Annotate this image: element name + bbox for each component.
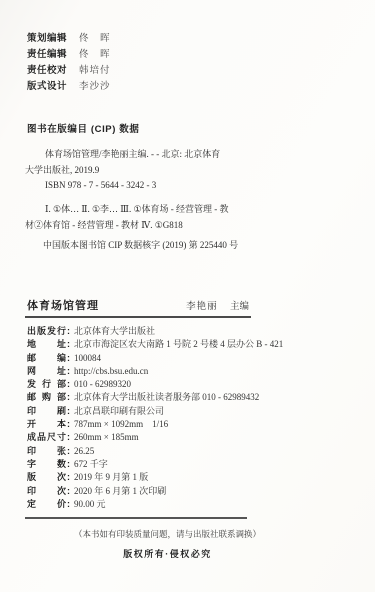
pub-label: 邮购部: [27, 390, 66, 403]
pub-label: 开本: [27, 417, 66, 430]
title-bar: 体育场馆管理 李艳丽 主编: [27, 297, 249, 313]
pub-row-website: 网址: http://cbs.bsu.edu.cn: [27, 364, 347, 377]
pub-label: 网址: [27, 364, 66, 377]
pub-colon: :: [67, 472, 70, 482]
book-title: 体育场馆管理: [27, 297, 99, 313]
cip-isbn: ISBN 978 - 7 - 5644 - 3242 - 3: [25, 178, 261, 194]
credit-row: 责任编辑 佟 晖: [27, 46, 111, 62]
pub-row-printing: 印次: 2020 年 6 月第 1 次印刷: [27, 484, 347, 497]
pub-value: 北京体育大学出版社: [74, 324, 155, 337]
pub-row-printer: 印刷: 北京昌联印刷有限公司: [27, 404, 347, 417]
pub-colon: :: [67, 406, 70, 416]
pub-colon: :: [67, 432, 70, 442]
pub-row-format: 开本: 787mm × 1092mm 1/16: [27, 417, 347, 430]
copyright-page: 策划编辑 佟 晖 责任编辑 佟 晖 责任校对 韩培付 版式设计 李沙沙 图书在版…: [0, 0, 375, 592]
pub-row-price: 定价: 90.00 元: [27, 497, 347, 510]
pub-row-postcode: 邮编: 100084: [27, 351, 347, 364]
cip-class-line: Ⅰ. ①体… Ⅱ. ①李… Ⅲ. ①体育场 - 经营管理 - 教: [25, 202, 261, 218]
pub-label: 定价: [27, 497, 66, 510]
credit-label: 责任校对: [27, 62, 67, 76]
credit-value: 李沙沙: [79, 78, 111, 92]
pub-colon: :: [67, 353, 70, 363]
cip-line: 大学出版社, 2019.9: [25, 163, 261, 179]
pub-row-distribution: 发行部: 010 - 62989320: [27, 377, 347, 390]
pub-label: 印次: [27, 484, 66, 497]
credit-row: 责任校对 韩培付: [27, 62, 111, 78]
pub-value: 672 千字: [74, 457, 108, 470]
pub-value: 90.00 元: [74, 497, 106, 510]
publication-details: 出版发行: 北京体育大学出版社 地址: 北京市海淀区农大南路 1 号院 2 号楼…: [27, 324, 347, 510]
editor-role: 主编: [230, 302, 249, 312]
pub-label: 印刷: [27, 404, 66, 417]
pub-colon: :: [67, 446, 70, 456]
pub-colon: :: [67, 339, 70, 349]
pub-label: 成品尺寸: [27, 430, 66, 443]
pub-label: 出版发行: [27, 324, 66, 337]
pub-colon: :: [67, 419, 70, 429]
title-divider: [25, 316, 251, 318]
credit-value: 佟 晖: [79, 46, 111, 60]
pub-value: 北京市海淀区农大南路 1 号院 2 号楼 4 层办公 B - 421: [74, 337, 283, 350]
cip-description: 体育场馆管理/李艳丽主编. - - 北京: 北京体育 大学出版社, 2019.9…: [25, 147, 261, 194]
pub-label: 印张: [27, 444, 66, 457]
editor-name: 李艳丽: [186, 302, 218, 312]
pub-colon: :: [67, 486, 70, 496]
quality-note: （本书如有印装质量问题，请与出版社联系调换）: [25, 528, 310, 540]
staff-credits: 策划编辑 佟 晖 责任编辑 佟 晖 责任校对 韩培付 版式设计 李沙沙: [27, 30, 111, 94]
pub-value: 100084: [74, 353, 101, 363]
pub-value: 010 - 62989320: [74, 379, 131, 389]
pub-label: 字数: [27, 457, 66, 470]
pub-value: 北京体育大学出版社读者服务部 010 - 62989432: [74, 390, 259, 403]
pub-row-address: 地址: 北京市海淀区农大南路 1 号院 2 号楼 4 层办公 B - 421: [27, 337, 347, 350]
pub-row-trimsize: 成品尺寸: 260mm × 185mm: [27, 430, 347, 443]
pub-row-wordcount: 字数: 672 千字: [27, 457, 347, 470]
pub-label: 邮编: [27, 351, 66, 364]
credit-row: 版式设计 李沙沙: [27, 78, 111, 94]
credit-value: 佟 晖: [79, 30, 111, 44]
credit-label: 策划编辑: [27, 30, 67, 44]
footer-divider: [25, 517, 247, 519]
pub-label: 版次: [27, 470, 66, 483]
cip-class-line: 材②体育馆 - 经营管理 - 教材 Ⅳ. ①G818: [25, 218, 261, 234]
pub-value: 26.25: [74, 446, 94, 456]
credit-label: 责任编辑: [27, 46, 67, 60]
credit-row: 策划编辑 佟 晖: [27, 30, 111, 46]
pub-label: 发行部: [27, 377, 66, 390]
pub-row-sheets: 印张: 26.25: [27, 444, 347, 457]
pub-colon: :: [67, 392, 70, 402]
pub-value: http://cbs.bsu.edu.cn: [74, 366, 148, 376]
cip-heading: 图书在版编目 (CIP) 数据: [27, 121, 139, 135]
credit-label: 版式设计: [27, 78, 67, 92]
pub-colon: :: [67, 366, 70, 376]
pub-value: 2019 年 9 月第 1 版: [74, 470, 148, 483]
pub-row-mailorder: 邮购部: 北京体育大学出版社读者服务部 010 - 62989432: [27, 390, 347, 403]
editor-group: 李艳丽 主编: [186, 298, 249, 312]
pub-colon: :: [67, 326, 70, 336]
pub-value: 787mm × 1092mm 1/16: [74, 417, 168, 430]
pub-colon: :: [67, 459, 70, 469]
pub-label: 地址: [27, 337, 66, 350]
cip-registry-number: 中国版本图书馆 CIP 数据核字 (2019) 第 225440 号: [43, 238, 238, 251]
pub-colon: :: [67, 379, 70, 389]
pub-value: 260mm × 185mm: [74, 432, 139, 442]
pub-row-publisher: 出版发行: 北京体育大学出版社: [27, 324, 347, 337]
pub-colon: :: [67, 499, 70, 509]
pub-row-edition: 版次: 2019 年 9 月第 1 版: [27, 470, 347, 483]
copyright-statement: 版权所有·侵权必究: [25, 547, 310, 560]
cip-line: 体育场馆管理/李艳丽主编. - - 北京: 北京体育: [25, 147, 261, 163]
credit-value: 韩培付: [79, 62, 111, 76]
cip-classification: Ⅰ. ①体… Ⅱ. ①李… Ⅲ. ①体育场 - 经营管理 - 教 材②体育馆 -…: [25, 202, 261, 233]
pub-value: 北京昌联印刷有限公司: [74, 404, 164, 417]
pub-value: 2020 年 6 月第 1 次印刷: [74, 484, 166, 497]
